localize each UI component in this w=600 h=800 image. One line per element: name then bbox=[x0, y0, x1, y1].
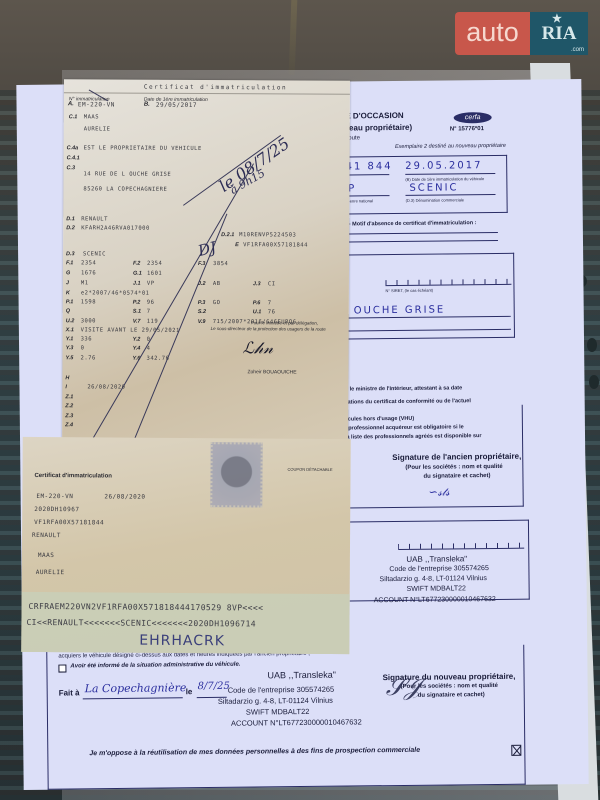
autoria-logo: auto ★ RIA .com bbox=[455, 12, 588, 55]
field-value: 2354 bbox=[147, 261, 162, 267]
cert-title: Certificat d'immatriculation bbox=[144, 84, 287, 92]
label-model: (D.3) Dénomination commerciale bbox=[406, 197, 465, 203]
field-code: S.2 bbox=[198, 309, 206, 315]
value-c3-street: 14 RUE DE L OUCHE GRISE bbox=[83, 171, 171, 177]
certificate-coupon: COUPON DÉTACHABLE Certificat d'immatricu… bbox=[21, 437, 350, 654]
stamp-name-2: UAB ,,Transleka" bbox=[267, 670, 335, 681]
star-icon: ★ bbox=[552, 14, 562, 25]
field-code: J.1 bbox=[133, 281, 141, 287]
field-value: 2354 bbox=[81, 260, 96, 266]
field-value: VF1RFA00X57181844 bbox=[243, 242, 308, 248]
field-line bbox=[338, 232, 498, 235]
seller-box bbox=[336, 253, 515, 340]
field-value: 342.76 bbox=[147, 356, 170, 362]
field-code: P.2 bbox=[133, 300, 141, 306]
value-c3-city: 85260 LA COPECHAGNIERE bbox=[83, 186, 167, 192]
wall-crack bbox=[289, 0, 298, 75]
field-code: V.9 bbox=[198, 319, 206, 325]
field-value: 26/08/2020 bbox=[87, 384, 125, 390]
code-c41: C.4.1 bbox=[67, 155, 80, 161]
new-owner-sig-sub2: du signataire et cachet) bbox=[418, 692, 485, 699]
field-value: 7 bbox=[268, 300, 272, 306]
field-line bbox=[338, 240, 498, 243]
field-code: Z.3 bbox=[65, 413, 73, 419]
field-value: 4 bbox=[147, 346, 151, 352]
hand-address: OUCHE GRISE bbox=[354, 304, 446, 316]
field-code: V.7 bbox=[133, 319, 141, 325]
field-code: Z.2 bbox=[65, 403, 73, 409]
field-code: Z.4 bbox=[65, 422, 73, 428]
coupon-detachable-label: COUPON DÉTACHABLE bbox=[288, 467, 333, 472]
value-b: 29/05/2017 bbox=[156, 102, 197, 109]
stamp-swift-2: SWIFT MDBALT22 bbox=[246, 707, 310, 717]
field-value: 0 bbox=[81, 345, 85, 351]
logo-suffix: .com bbox=[571, 47, 584, 53]
field-code: D.2.1 bbox=[221, 232, 234, 238]
coupon-title: Certificat d'immatriculation bbox=[34, 473, 111, 480]
value-a: EM-220-VN bbox=[78, 101, 115, 108]
field-code: K bbox=[66, 290, 70, 296]
field-value: M10RENVP5224503 bbox=[239, 232, 296, 238]
field-value: SCENIC bbox=[83, 251, 106, 257]
security-stamp bbox=[210, 442, 262, 507]
field-code: S.1 bbox=[133, 309, 141, 315]
field-value: CI bbox=[268, 281, 276, 287]
field-value: 7 bbox=[147, 309, 151, 315]
field-code: P.3 bbox=[198, 300, 206, 306]
field-code: Y.2 bbox=[133, 337, 141, 343]
cerfa-badge: cerfa bbox=[454, 112, 492, 123]
field-value: 1676 bbox=[81, 270, 96, 276]
field-code: P.6 bbox=[253, 300, 261, 306]
new-owner-signature: 𝒮𝒥 bbox=[386, 673, 421, 701]
logo-ria-text: RIA bbox=[542, 23, 577, 44]
handwritten-code: EHRHACRK bbox=[139, 633, 225, 650]
signatory-name: Zoheir BOUAOUICHE bbox=[247, 369, 296, 375]
field-value: RENAULT bbox=[81, 216, 108, 222]
field-value: AB bbox=[213, 281, 221, 287]
registration-certificate: Certificat d'immatriculation N° immatric… bbox=[62, 79, 350, 455]
divider bbox=[64, 92, 350, 94]
coupon-vin: VF1RFA00X57181844 bbox=[34, 519, 104, 526]
field-code: J bbox=[66, 280, 69, 286]
logo-ria: ★ RIA .com bbox=[530, 12, 588, 55]
field-code: J.3 bbox=[253, 281, 261, 287]
siret-label: N° SIRET, (le cas échéant) bbox=[385, 288, 433, 293]
field-code: Z.1 bbox=[65, 394, 73, 400]
cerfa-number: N° 15776*01 bbox=[450, 126, 484, 132]
code-c4a: C.4a bbox=[67, 145, 79, 151]
optout-checkbox-checked[interactable] bbox=[511, 745, 521, 756]
declaration-1: par le ministre de l'Intérieur, attestan… bbox=[340, 385, 463, 392]
field-code: X.1 bbox=[66, 327, 74, 333]
code-c1: C.1 bbox=[69, 114, 78, 120]
field-code: E bbox=[235, 242, 239, 248]
done-at-value: La Copechagnière bbox=[85, 681, 187, 695]
field-code: F.2 bbox=[133, 261, 140, 267]
field-code: P.1 bbox=[66, 299, 74, 305]
field-code: Y.4 bbox=[133, 346, 141, 352]
done-at-label: Fait à bbox=[59, 688, 80, 697]
code-a: A. bbox=[68, 101, 74, 107]
informed-checkbox[interactable] bbox=[58, 664, 66, 672]
field-value: VISITE AVANT LE 29/05/2021 bbox=[81, 327, 180, 334]
value-c1-surname: MAAS bbox=[84, 114, 99, 120]
field-code: Y.5 bbox=[66, 355, 74, 361]
value-c4a: EST LE PROPRIETAIRE DU VEHICULE bbox=[84, 145, 202, 152]
punch-hole bbox=[587, 338, 597, 352]
field-code: Y.6 bbox=[133, 356, 141, 362]
mrz-line-2: CI<<RENAULT<<<<<<<SCENIC<<<<<<<2020DH109… bbox=[26, 618, 256, 629]
field-value: KFARH2A46RVA017000 bbox=[81, 225, 150, 231]
coupon-date: 26/08/2020 bbox=[104, 493, 145, 500]
stamp-address: Siltadarzio g. 4-8, LT-01124 Vilnius bbox=[379, 575, 486, 583]
handwritten-date: le 08/7/25 bbox=[215, 134, 293, 196]
field-value: GO bbox=[213, 300, 221, 306]
stamp-name: UAB ,,Transleka" bbox=[406, 554, 467, 564]
field-code: U.2 bbox=[66, 318, 75, 324]
field-code: Y.1 bbox=[66, 336, 74, 342]
field-value: M1 bbox=[81, 280, 89, 286]
label-first-reg: (B) Date de 1ère immatriculation du véhi… bbox=[405, 176, 484, 182]
coupon-surname: MAAS bbox=[38, 552, 55, 559]
field-code: J.2 bbox=[198, 281, 206, 287]
date-label: le bbox=[186, 687, 193, 696]
code-b: B. bbox=[144, 102, 150, 108]
field-value: 2.76 bbox=[81, 355, 96, 361]
field-code: G bbox=[66, 270, 70, 276]
field-value: 0 bbox=[147, 337, 151, 343]
stamp-account-2: ACCOUNT N°LT677230000010467632 bbox=[231, 717, 362, 727]
field-code: Y.3 bbox=[66, 345, 74, 351]
stamp-account: ACCOUNT N°LT677230000010467632 bbox=[374, 596, 496, 604]
field-value: e2*2007/46*0574*01 bbox=[81, 290, 150, 296]
field-code: U.1 bbox=[253, 309, 262, 315]
hand-model: SCENIC bbox=[409, 182, 458, 194]
stamp-swift: SWIFT MDBALT22 bbox=[407, 585, 466, 593]
pen-stroke bbox=[92, 163, 254, 440]
stamp-code: Code de l'entreprise 305574265 bbox=[389, 565, 488, 573]
logo-auto: auto bbox=[455, 12, 530, 55]
coupon-doc-number: 2020DH10967 bbox=[34, 506, 79, 513]
field-value: 76 bbox=[268, 309, 276, 315]
hand-first-reg: 29.05.2017 bbox=[405, 160, 482, 172]
field-code: D.1 bbox=[66, 216, 75, 222]
field-code: Q bbox=[66, 308, 70, 314]
field-code: H bbox=[65, 375, 69, 381]
coupon-plate: EM-220-VN bbox=[36, 493, 73, 500]
field-value: 1601 bbox=[147, 271, 162, 277]
field-value: 3000 bbox=[81, 318, 96, 324]
old-owner-box bbox=[345, 405, 524, 509]
stamp-address-2: Siltadarzio g. 4-8, LT-01124 Vilnius bbox=[218, 696, 333, 706]
field-code: D.2 bbox=[66, 225, 75, 231]
delegation-1: Pour le ministre et par délégation, bbox=[251, 320, 318, 325]
field-code: D.3 bbox=[66, 251, 75, 257]
punch-hole bbox=[589, 375, 599, 389]
field-value: VP bbox=[147, 281, 155, 287]
field-value: 119 bbox=[147, 319, 158, 325]
field-code: F.3 bbox=[198, 261, 205, 267]
value-c1-firstname: AURELIE bbox=[84, 126, 111, 132]
mrz-line-1: CRFRAEM220VN2VF1RFA00X571818444170529 8V… bbox=[29, 602, 264, 613]
code-c3: C.3 bbox=[67, 165, 76, 171]
motif-label: ON – Motif d'absence de certificat d'imm… bbox=[338, 220, 477, 227]
field-code: I bbox=[65, 384, 67, 390]
field-value: 1598 bbox=[81, 299, 96, 305]
field-value: 96 bbox=[147, 300, 155, 306]
delegation-2: Le sous-directeur de la protection des u… bbox=[211, 326, 326, 332]
official-signature: ℒ𝒽𝓃 bbox=[243, 338, 274, 358]
field-value: 336 bbox=[81, 336, 92, 342]
coupon-firstname: AURELIE bbox=[36, 569, 65, 576]
date-value: 8/7/25 bbox=[198, 681, 230, 692]
stamp-code-2: Code de l'entreprise 305574265 bbox=[228, 685, 335, 695]
coupon-make: RENAULT bbox=[32, 532, 61, 539]
copy-note: Exemplaire 2 destiné au nouveau propriét… bbox=[395, 143, 506, 150]
field-code: G.1 bbox=[133, 271, 142, 277]
field-code: F.1 bbox=[66, 260, 73, 266]
field-value: 3854 bbox=[213, 261, 228, 267]
